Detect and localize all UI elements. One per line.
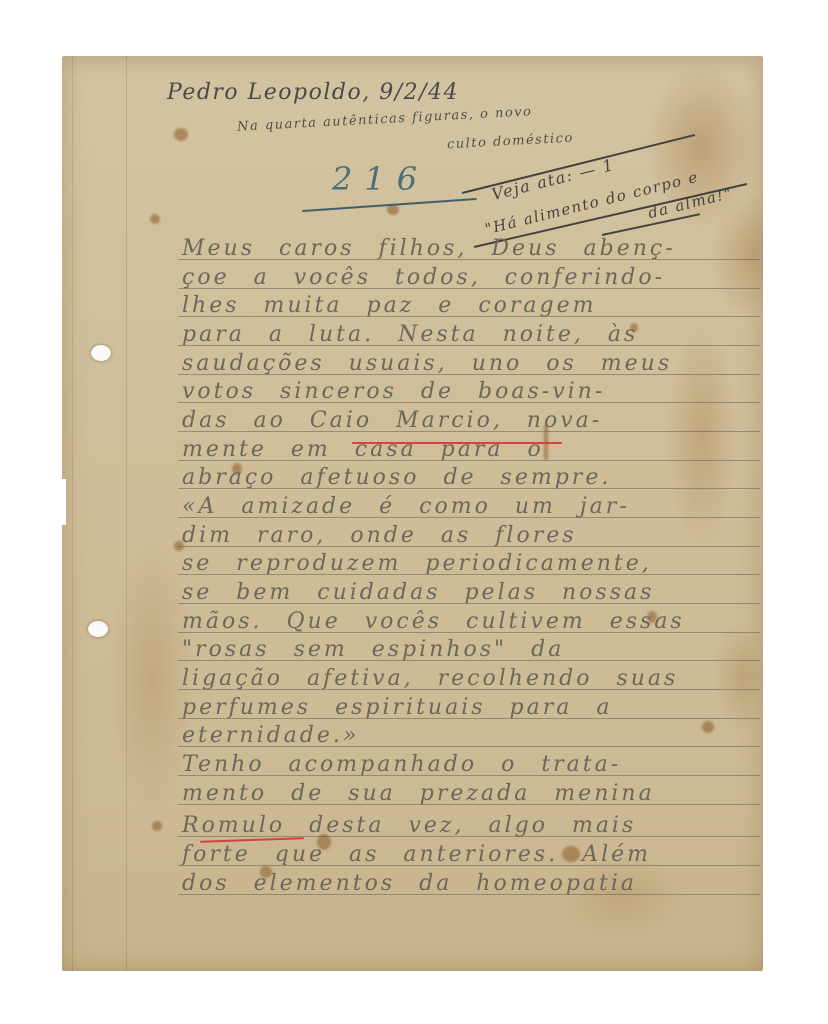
letter-line: abraço afetuoso de sempre.	[182, 465, 762, 491]
header-note: culto doméstico	[447, 131, 574, 153]
letter-line: Romulo desta vez, algo mais	[182, 813, 762, 839]
letter-line: forte que as anteriores. Além	[182, 842, 762, 868]
letter-line: mente em casa para o	[182, 437, 762, 463]
reference-number: 216	[332, 160, 429, 198]
stain-spot	[174, 128, 188, 141]
document-scan: Pedro Leopoldo, 9/2/44 Na quarta autênti…	[0, 0, 828, 1024]
letter-line: se reproduzem periodicamente,	[182, 551, 762, 577]
letter-line: ligação afetiva, recolhendo suas	[182, 666, 762, 692]
punch-hole	[88, 621, 108, 637]
stain-spot	[152, 821, 162, 831]
torn-edge	[60, 479, 66, 525]
letter-line: «A amizade é como um jar-	[182, 494, 762, 520]
letter-line: Tenho acompanhado o trata-	[182, 752, 762, 778]
punch-hole	[91, 345, 111, 361]
letter-line: mento de sua prezada menina	[182, 781, 762, 807]
letter-line: das ao Caio Marcio, nova-	[182, 408, 762, 434]
letter-line: eternidade.»	[182, 723, 762, 749]
letter-line: "rosas sem espinhos" da	[182, 637, 762, 663]
paper-sheet: Pedro Leopoldo, 9/2/44 Na quarta autênti…	[62, 56, 763, 971]
letter-line: dos elementos da homeopatia	[182, 871, 762, 897]
letter-line: se bem cuidadas pelas nossas	[182, 580, 762, 606]
header-note: Na quarta autênticas figuras, o novo	[237, 104, 533, 134]
letter-line: mãos. Que vocês cultivem essas	[182, 609, 762, 635]
letter-line: çoe a vocês todos, conferindo-	[182, 265, 762, 291]
perforation-line	[126, 56, 127, 971]
letter-line: dim raro, onde as flores	[182, 523, 762, 549]
letter-line: para a luta. Nesta noite, às	[182, 322, 762, 348]
perforation-line	[72, 56, 73, 971]
letter-line: votos sinceros de boas-vin-	[182, 379, 762, 405]
letter-line: lhes muita paz e coragem	[182, 293, 762, 319]
letter-line: perfumes espirituais para a	[182, 695, 762, 721]
place-date: Pedro Leopoldo, 9/2/44	[167, 80, 459, 105]
stain-spot	[150, 214, 160, 224]
letter-line: Meus caros filhos, Deus abenç-	[182, 236, 762, 262]
letter-line: saudações usuais, uno os meus	[182, 351, 762, 377]
